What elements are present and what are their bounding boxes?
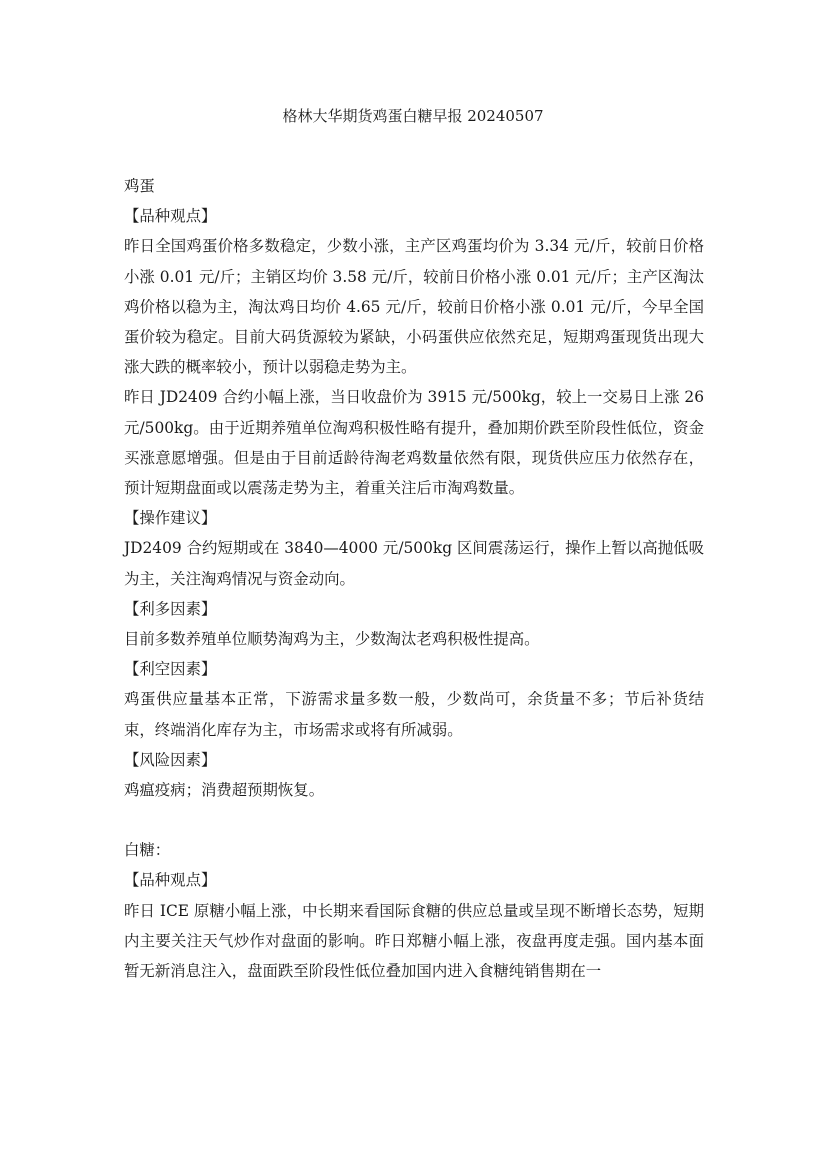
paragraph: 昨日 ICE 原糖小幅上涨，中长期来看国际食糖的供应总量或呈现不断增长态势，短期… bbox=[124, 896, 704, 987]
paragraph: JD2409 合约短期或在 3840—4000 元/500kg 区间震荡运行，操… bbox=[124, 533, 704, 593]
paragraph: 目前多数养殖单位顺势淘鸡为主，少数淘汰老鸡积极性提高。 bbox=[124, 624, 704, 654]
section-heading: 【操作建议】 bbox=[124, 503, 704, 533]
section-title-egg: 鸡蛋 bbox=[124, 171, 704, 201]
section-heading: 【品种观点】 bbox=[124, 201, 704, 231]
paragraph: 昨日 JD2409 合约小幅上涨，当日收盘价为 3915 元/500kg，较上一… bbox=[124, 382, 704, 503]
document-page: 格林大华期货鸡蛋白糖早报 20240507 鸡蛋 【品种观点】 昨日全国鸡蛋价格… bbox=[0, 0, 826, 1169]
section-heading: 【风险因素】 bbox=[124, 745, 704, 775]
section-heading: 【品种观点】 bbox=[124, 865, 704, 895]
section-title-sugar: 白糖： bbox=[124, 835, 704, 865]
section-heading: 【利多因素】 bbox=[124, 594, 704, 624]
section-heading: 【利空因素】 bbox=[124, 654, 704, 684]
paragraph: 鸡蛋供应量基本正常，下游需求量多数一般，少数尚可，余货量不多；节后补货结束，终端… bbox=[124, 684, 704, 744]
paragraph: 鸡瘟疫病；消费超预期恢复。 bbox=[124, 775, 704, 805]
document-body: 鸡蛋 【品种观点】 昨日全国鸡蛋价格多数稳定，少数小涨，主产区鸡蛋均价为 3.3… bbox=[124, 171, 704, 986]
document-title: 格林大华期货鸡蛋白糖早报 20240507 bbox=[0, 106, 826, 126]
paragraph: 昨日全国鸡蛋价格多数稳定，少数小涨，主产区鸡蛋均价为 3.34 元/斤，较前日价… bbox=[124, 231, 704, 382]
spacer bbox=[124, 805, 704, 835]
